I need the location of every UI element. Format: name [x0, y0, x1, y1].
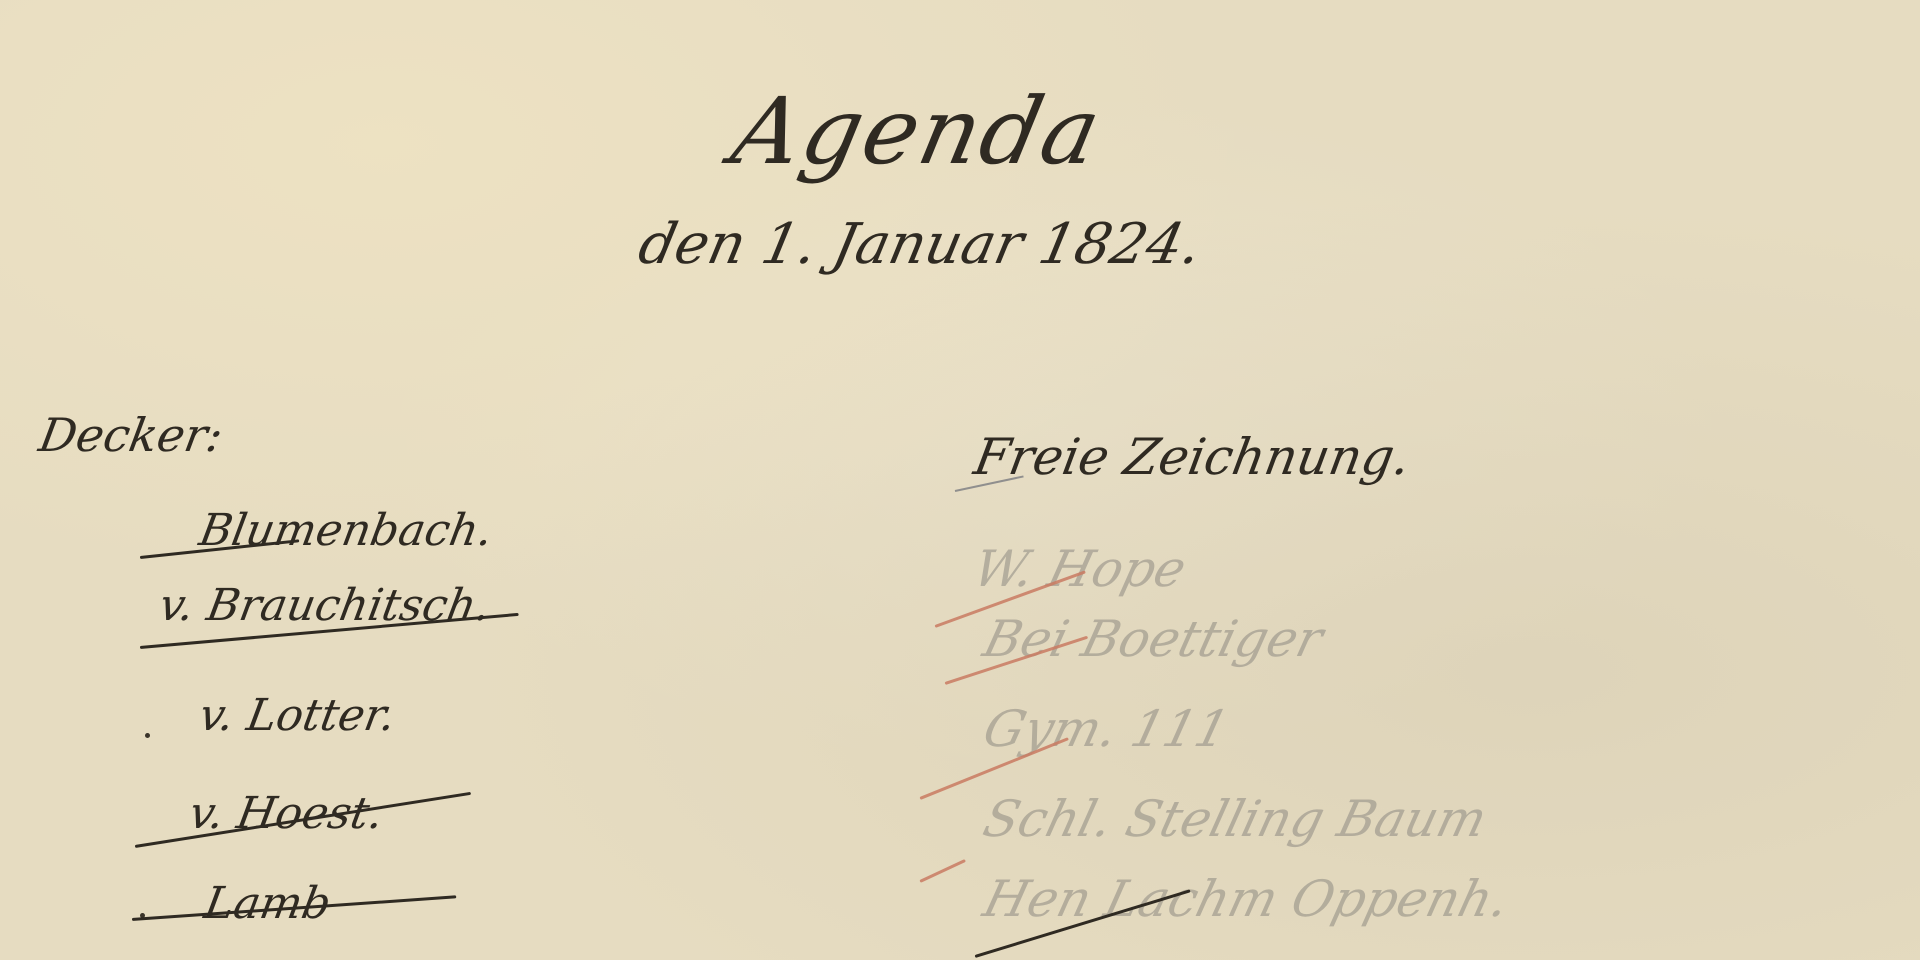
right-column-heading: Freie Zeichnung. [970, 428, 1415, 486]
red-strike-line [919, 859, 966, 883]
pencil-entry-1: W. Hope [968, 540, 1192, 598]
left-entry-text: Lamb [201, 878, 335, 929]
left-entry-text: v. Brauchitsch. [156, 580, 495, 631]
left-column-heading: Decker: [35, 408, 227, 462]
left-entry-3: v. Lotter. [196, 690, 400, 741]
pencil-entry-3: Gym. 111 [978, 700, 1235, 758]
manuscript-page: Agenda den 1. Januar 1824. Decker: Blume… [0, 0, 1920, 960]
left-entry-5: Lamb [201, 878, 335, 929]
pencil-entry-2: Bei Boettiger [978, 610, 1329, 668]
pencil-entry-5: Hen Lachm Oppenh. [978, 870, 1515, 928]
left-entry-2: v. Brauchitsch. [156, 580, 495, 631]
pencil-entry-4: Schl. Stelling Baum [978, 790, 1493, 848]
document-date: den 1. Januar 1824. [633, 212, 1207, 277]
left-entry-text: v. Lotter. [196, 690, 400, 741]
document-title: Agenda [724, 78, 1112, 185]
bullet-dot [145, 733, 150, 738]
